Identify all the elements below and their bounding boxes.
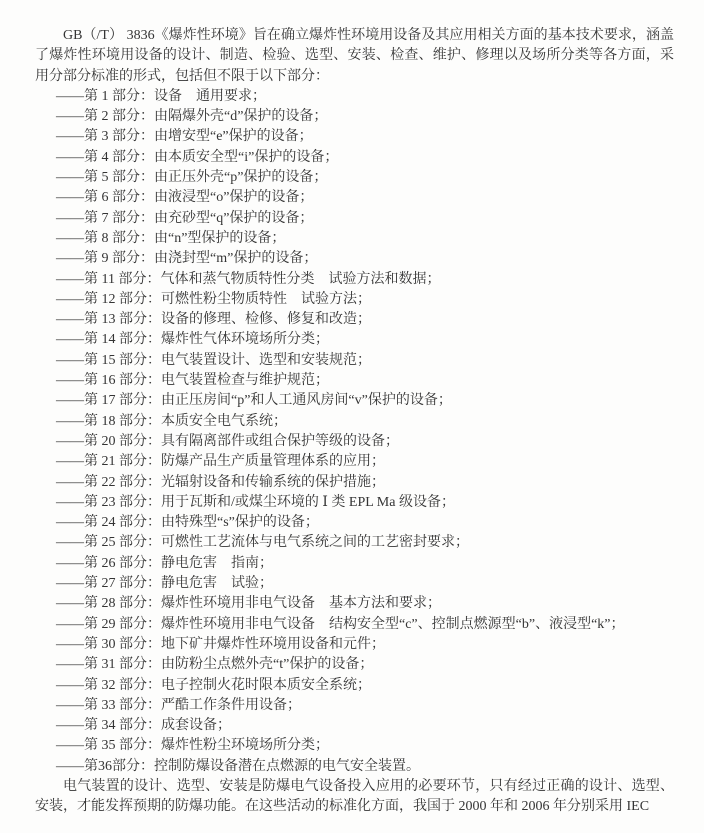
- part-item: ——第 22 部分：光辐射设备和传输系统的保护措施；: [35, 473, 674, 493]
- part-item: ——第 28 部分：爆炸性环境用非电气设备 基本方法和要求；: [35, 594, 674, 614]
- part-item: ——第 12 部分：可燃性粉尘物质特性 试验方法；: [35, 290, 674, 310]
- part-item: ——第36部分：控制防爆设备潜在点燃源的电气安全装置。: [35, 757, 674, 777]
- part-item: ——第 23 部分：用于瓦斯和/或煤尘环境的 Ⅰ 类 EPL Ma 级设备；: [35, 493, 674, 513]
- closing-paragraph: 电气装置的设计、选型、安装是防爆电气设备投入应用的必要环节，只有经过正确的设计、…: [35, 777, 674, 818]
- part-item: ——第 14 部分：爆炸性气体环境场所分类；: [35, 330, 674, 350]
- part-item: ——第 21 部分：防爆产品生产质量管理体系的应用；: [35, 452, 674, 472]
- part-item: ——第 11 部分：气体和蒸气物质特性分类 试验方法和数据；: [35, 270, 674, 290]
- part-item: ——第 4 部分：由本质安全型“i”保护的设备；: [35, 148, 674, 168]
- part-item: ——第 17 部分：由正压房间“p”和人工通风房间“v”保护的设备；: [35, 391, 674, 411]
- part-item: ——第 1 部分：设备 通用要求；: [35, 87, 674, 107]
- part-item: ——第 20 部分：具有隔离部件或组合保护等级的设备；: [35, 432, 674, 452]
- part-item: ——第 33 部分：严酷工作条件用设备；: [35, 696, 674, 716]
- part-item: ——第 15 部分：电气装置设计、选型和安装规范；: [35, 351, 674, 371]
- part-item: ——第 13 部分：设备的修理、检修、修复和改造；: [35, 310, 674, 330]
- part-item: ——第 25 部分：可燃性工艺流体与电气系统之间的工艺密封要求；: [35, 533, 674, 553]
- part-item: ——第 27 部分：静电危害 试验；: [35, 574, 674, 594]
- part-item: ——第 3 部分：由增安型“e”保护的设备；: [35, 127, 674, 147]
- part-item: ——第 9 部分：由浇封型“m”保护的设备；: [35, 249, 674, 269]
- part-item: ——第 26 部分：静电危害 指南；: [35, 554, 674, 574]
- part-item: ——第 24 部分：由特殊型“s”保护的设备；: [35, 513, 674, 533]
- part-item: ——第 5 部分：由正压外壳“p”保护的设备；: [35, 168, 674, 188]
- part-item: ——第 18 部分：本质安全电气系统；: [35, 412, 674, 432]
- part-item: ——第 31 部分：由防粉尘点燃外壳“t”保护的设备；: [35, 655, 674, 675]
- part-item: ——第 35 部分：爆炸性粉尘环境场所分类；: [35, 736, 674, 756]
- part-item: ——第 32 部分：电子控制火花时限本质安全系统；: [35, 676, 674, 696]
- part-item: ——第 30 部分：地下矿井爆炸性环境用设备和元件；: [35, 635, 674, 655]
- part-item: ——第 16 部分：电气装置检查与维护规范；: [35, 371, 674, 391]
- parts-list: ——第 1 部分：设备 通用要求； ——第 2 部分：由隔爆外壳“d”保护的设备…: [35, 87, 674, 777]
- part-item: ——第 34 部分：成套设备；: [35, 716, 674, 736]
- standard-document-page: GB（/T） 3836《爆炸性环境》旨在确立爆炸性环境用设备及其应用相关方面的基…: [0, 0, 704, 833]
- part-item: ——第 8 部分：由“n”型保护的设备；: [35, 229, 674, 249]
- part-item: ——第 7 部分：由充砂型“q”保护的设备；: [35, 209, 674, 229]
- intro-paragraph: GB（/T） 3836《爆炸性环境》旨在确立爆炸性环境用设备及其应用相关方面的基…: [35, 26, 674, 87]
- part-item: ——第 29 部分：爆炸性环境用非电气设备 结构安全型“c”、控制点燃源型“b”…: [35, 615, 674, 635]
- part-item: ——第 6 部分：由液浸型“o”保护的设备；: [35, 188, 674, 208]
- part-item: ——第 2 部分：由隔爆外壳“d”保护的设备；: [35, 107, 674, 127]
